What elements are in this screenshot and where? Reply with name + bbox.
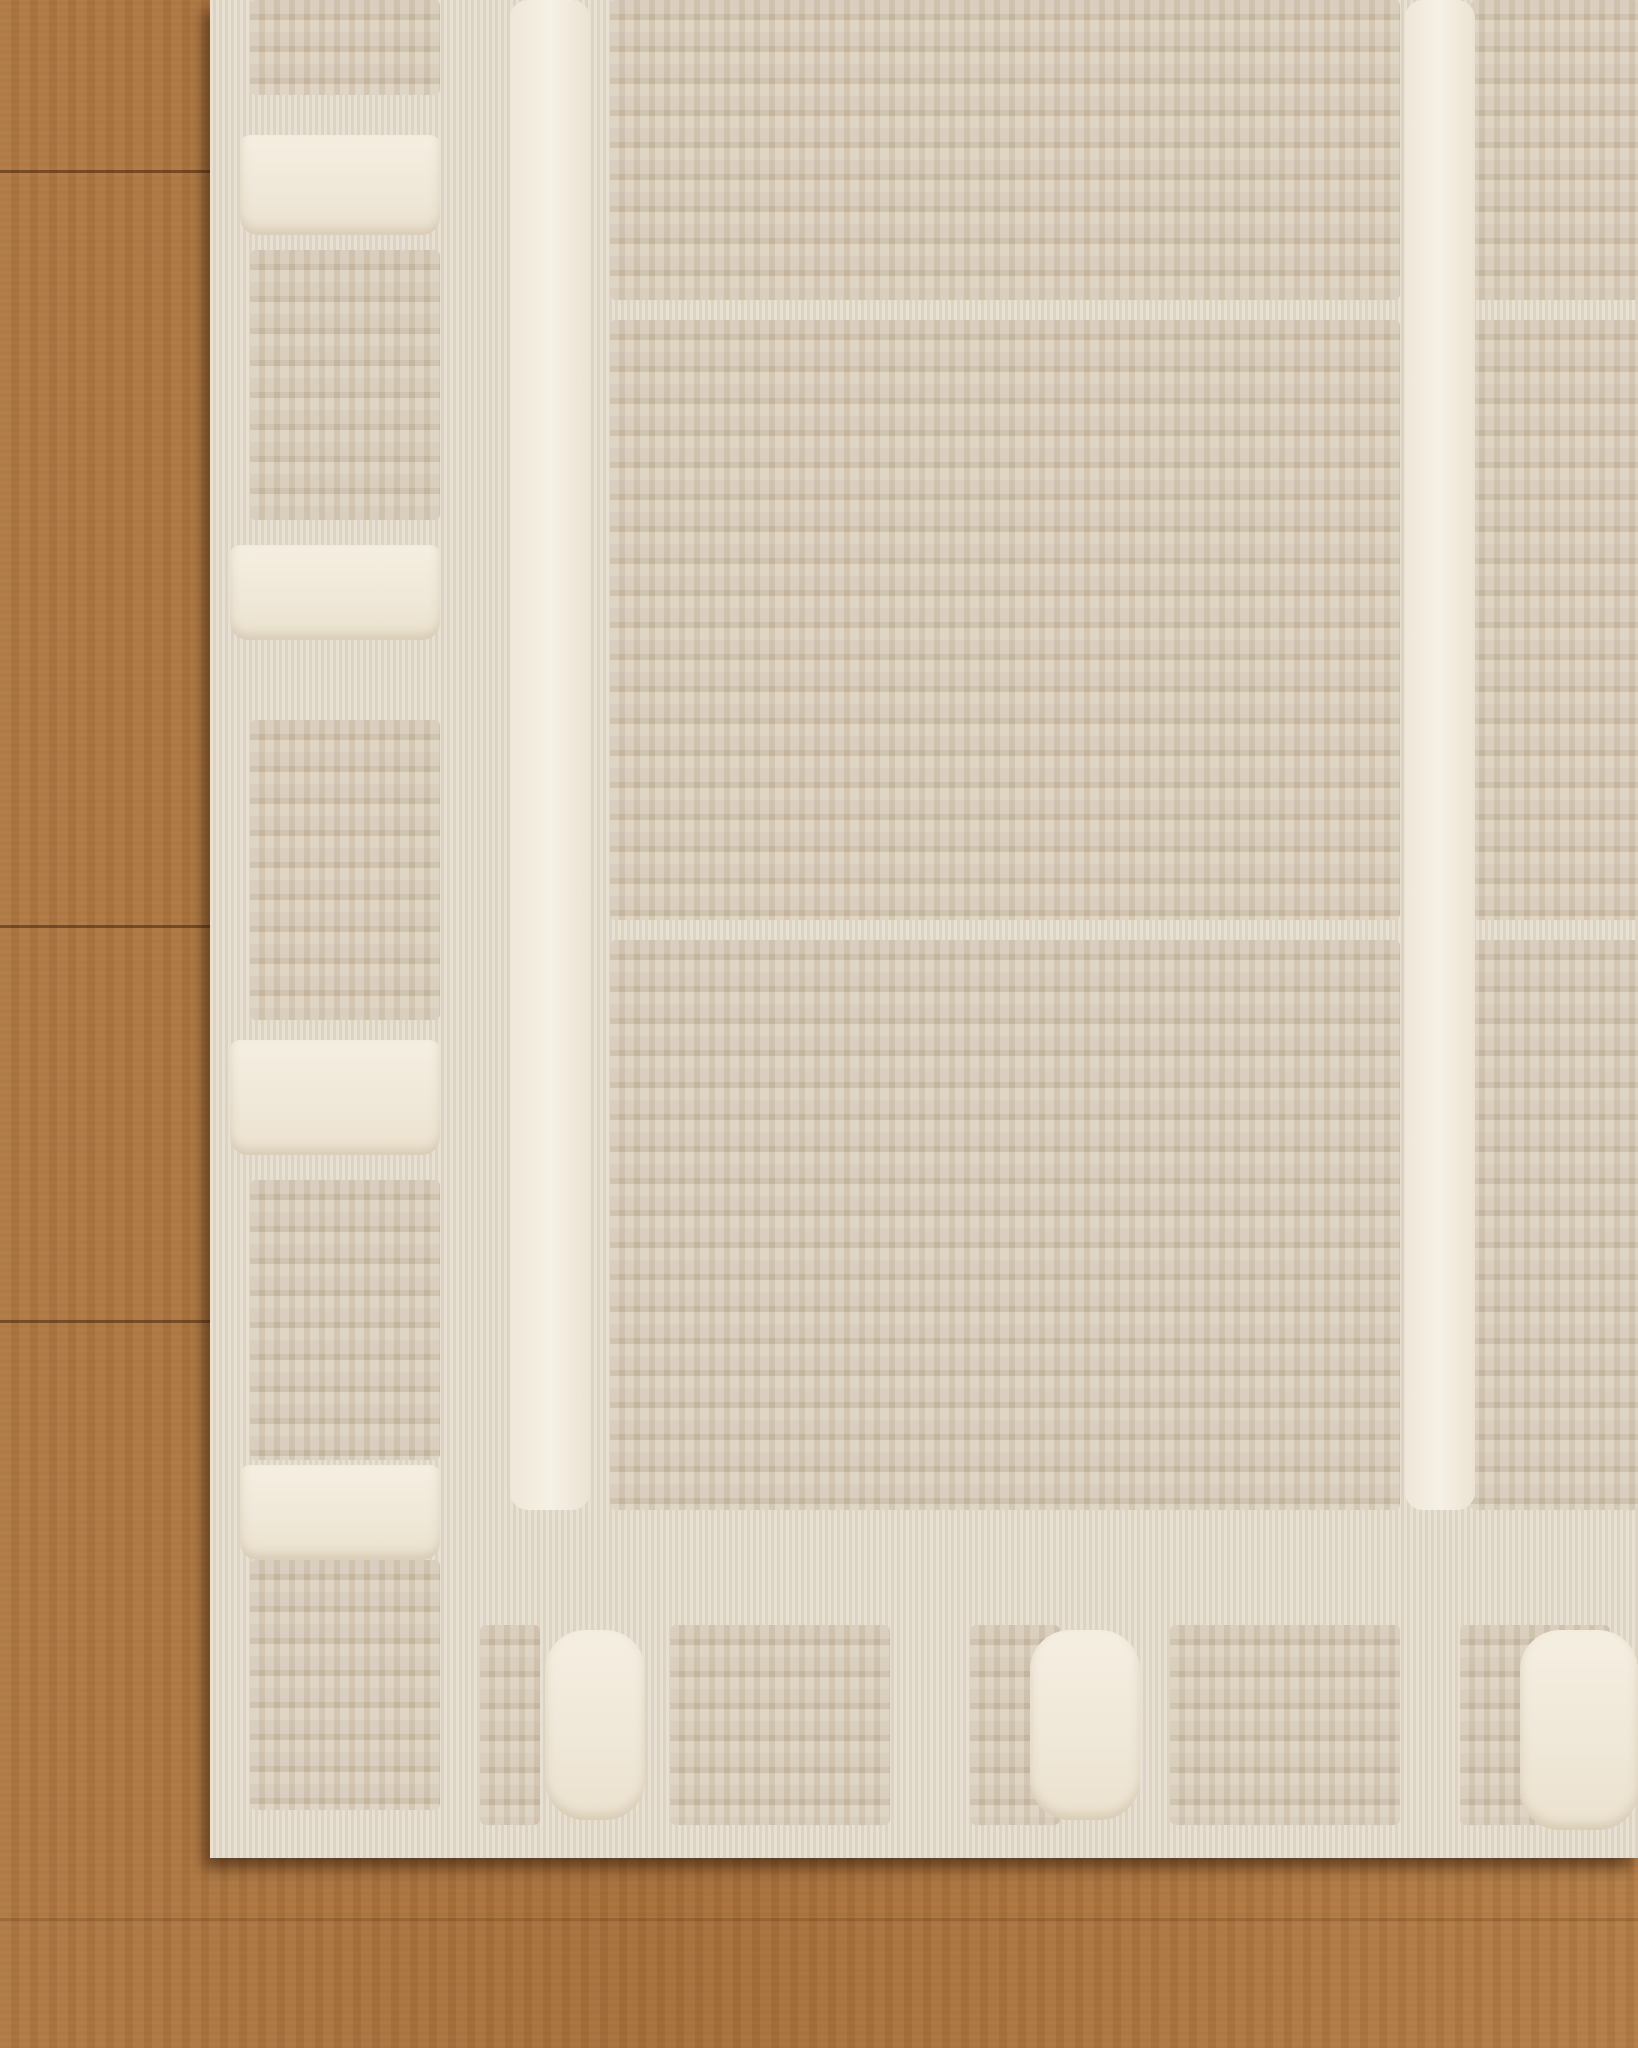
rug-border-panel <box>480 1625 540 1825</box>
floor-plank-seam <box>0 1320 210 1323</box>
rug-field-panel <box>1470 940 1638 1510</box>
rug-border-panel <box>250 720 440 1020</box>
floor-plank-seam <box>0 170 210 173</box>
rug-border-panel <box>250 1560 440 1810</box>
rug-field-panel <box>1470 320 1638 920</box>
rug-tuft <box>1030 1630 1140 1820</box>
rug-border-panel <box>250 250 440 520</box>
rug-tuft <box>545 1630 645 1820</box>
rug-field-panel <box>610 0 1400 300</box>
rug-shag-stripe <box>510 0 590 1510</box>
floor-plank-seam <box>0 1918 1638 1921</box>
rug-tuft <box>240 135 440 235</box>
rug-shag-stripe <box>1405 0 1475 1510</box>
rug-field-panel <box>610 940 1400 1510</box>
rug-tuft <box>240 1465 440 1560</box>
rug-border-panel <box>250 0 440 95</box>
rug-field-panel <box>1470 0 1638 300</box>
rug-border-panel <box>670 1625 890 1825</box>
rug-tuft <box>230 1040 440 1155</box>
rug-border-panel <box>250 1180 440 1460</box>
rug-field-panel <box>610 320 1400 920</box>
rug <box>210 0 1638 1858</box>
rug-tuft <box>230 545 440 640</box>
rug-tuft <box>1520 1630 1638 1830</box>
rug-border-panel <box>1170 1625 1400 1825</box>
floor-plank-seam <box>0 925 210 928</box>
